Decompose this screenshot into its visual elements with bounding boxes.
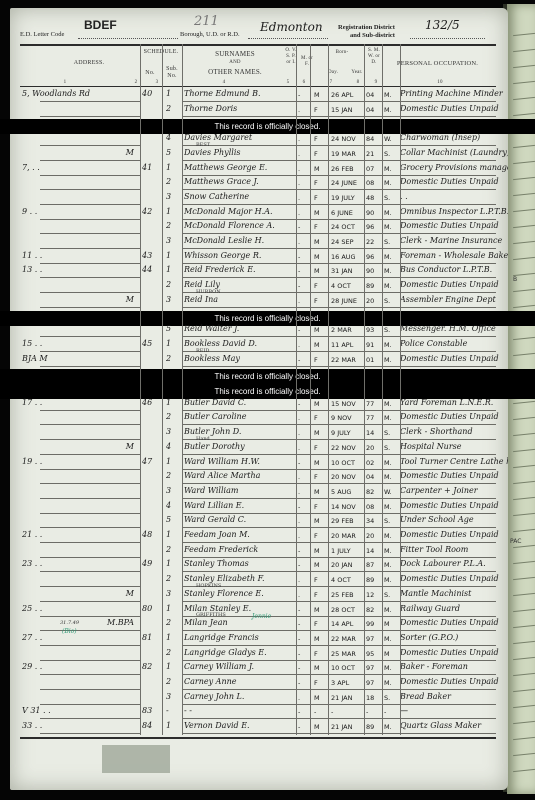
cell-no: 83	[142, 706, 162, 715]
cell-no: 84	[142, 721, 162, 730]
cell-occ: Sorter (G.P.O.)	[400, 633, 508, 642]
cell-occ: Bread Baker	[400, 692, 508, 701]
cell-day: 10 OCT	[331, 664, 365, 672]
cell-sub: -	[166, 706, 182, 715]
col-address: ADDRESS.	[44, 60, 134, 67]
census-row: M3Stanley Florence E..F25 FEB12S.Mantle …	[20, 588, 496, 602]
cell-occ: Domestic Duties Unpaid	[400, 280, 508, 289]
cell-name: Reid Frederick E.	[184, 265, 294, 274]
cell-occ: Collar Machinist (Laundry)	[400, 148, 508, 157]
cell-sub: 2	[166, 354, 182, 363]
cell-sex: M	[314, 488, 328, 496]
cell-sex: M	[314, 429, 328, 437]
cell-addr: 11 . .	[22, 251, 140, 260]
cell-occ: Domestic Duties Unpaid	[400, 530, 508, 539]
cell-o: .	[298, 135, 310, 143]
cell-o: .	[298, 238, 310, 246]
register-header: E.D. Letter Code BDEF Borough, U.D. or R…	[20, 14, 490, 42]
column-divider	[296, 44, 297, 735]
cell-sex: F	[314, 150, 328, 158]
cell-sub: 2	[166, 545, 182, 554]
cell-ms: M.	[384, 723, 400, 731]
cell-occ: Dock Labourer P.L.A.	[400, 559, 508, 568]
cell-o: -	[298, 561, 310, 569]
cell-name: Milan Jean	[184, 618, 294, 627]
census-row: 5Reid Walter J.-M2 MAR93S.Messenger. H.M…	[20, 323, 496, 337]
cell-o: -	[298, 503, 310, 511]
cell-name: Ward William	[184, 486, 294, 495]
cell-name: Ward Lillian E.	[184, 501, 294, 510]
cell-ms: S.	[384, 517, 400, 525]
cell-o: -	[298, 708, 310, 716]
subdistrict-label: and Sub-district	[350, 32, 395, 39]
cell-ms: M.	[384, 282, 400, 290]
name-correction-note: HURBON	[196, 289, 221, 295]
census-row: 4Davies Margaret.F24 NOV84W.Charwoman (I…	[20, 132, 496, 146]
cell-yr: 97	[366, 664, 382, 672]
census-row: 15 . .451Bookless David D..M11 APL91M.Po…	[20, 338, 496, 352]
borough-label: Borough, U.D. or R.D.	[180, 31, 240, 38]
cell-sex: F	[314, 473, 328, 481]
cell-day: 1 JULY	[331, 547, 365, 555]
cell-day: -	[331, 708, 365, 716]
cell-ms: M.	[384, 459, 400, 467]
census-row: 19 . .471Ward William H.W.-M10 OCT02M.To…	[20, 456, 496, 470]
cell-day: 14 APL	[331, 620, 365, 628]
cell-name: McDonald Leslie H.	[184, 236, 294, 245]
census-row: M5Davies Phyllis.F19 MAR21S.Collar Machi…	[20, 147, 496, 161]
cell-sub: 2	[166, 648, 182, 657]
cell-sub: 4	[166, 501, 182, 510]
ed-number: 211	[194, 14, 219, 29]
cell-yr: 95	[366, 650, 382, 658]
cell-occ: Fitter Tool Room	[400, 545, 508, 554]
census-row: M3Reid Ina.F28 JUNE20S.Assembler Engine …	[20, 294, 496, 308]
cell-o: .	[298, 694, 310, 702]
cell-occ: —	[400, 706, 508, 715]
cell-no: 44	[142, 265, 162, 274]
cell-yr: 34	[366, 517, 382, 525]
cell-addr: 27 . .	[22, 633, 140, 642]
cell-occ: Police Constable	[400, 339, 508, 348]
cell-sub: 5	[166, 515, 182, 524]
cell-yr: 82	[366, 488, 382, 496]
cell-ms: M.	[384, 635, 400, 643]
census-row: 3McDonald Leslie H..M24 SEP22S.Clerk - M…	[20, 235, 496, 249]
cell-yr: 02	[366, 459, 382, 467]
cell-no: 45	[142, 339, 162, 348]
cell-occ: Domestic Duties Unpaid	[400, 354, 508, 363]
cell-yr: 97	[366, 635, 382, 643]
cell-sex: M	[314, 547, 328, 555]
cell-day: 28 OCT	[331, 606, 365, 614]
cell-o: -	[298, 679, 310, 687]
cell-sub: 2	[166, 412, 182, 421]
cell-name: Langridge Francis	[184, 633, 294, 642]
cell-sex: F	[314, 591, 328, 599]
column-divider	[162, 44, 163, 735]
cell-name: - -	[184, 706, 294, 715]
cell-ms: M.	[384, 400, 400, 408]
cell-yr: 96	[366, 253, 382, 261]
census-row: 2Butler Caroline.F9 NOV77M.Domestic Duti…	[20, 411, 496, 425]
cell-addr: 9 . .	[22, 207, 140, 216]
cell-name: Davies Margaret	[184, 133, 294, 142]
cell-ms: M.	[384, 91, 400, 99]
cell-name: Butler David C.	[184, 398, 294, 407]
census-row: M.BPA2Milan Jean-F14 APL99MDomestic Duti…	[20, 617, 496, 631]
cell-addr: 15 . .	[22, 339, 140, 348]
col-schedule: SCHEDULE.	[140, 49, 182, 56]
cell-no: 49	[142, 559, 162, 568]
ed-letter-code-label: E.D. Letter Code	[20, 31, 64, 38]
cell-day: 4 OCT	[331, 282, 365, 290]
cell-sex: M	[314, 91, 328, 99]
cell-o: .	[298, 209, 310, 217]
cell-occ: Under School Age	[400, 515, 508, 524]
cell-yr: 99	[366, 620, 382, 628]
cell-name: Carney John L.	[184, 692, 294, 701]
cell-yr: 87	[366, 561, 382, 569]
cell-o: -	[298, 400, 310, 408]
cell-yr: 48	[366, 194, 382, 202]
cell-o: -	[298, 620, 310, 628]
cell-sex: M	[314, 267, 328, 275]
cell-name: Whisson George R.	[184, 251, 294, 260]
name-correction-note: REID	[196, 348, 209, 354]
cell-occ: Hospital Nurse	[400, 442, 508, 451]
cell-no: 80	[142, 604, 162, 613]
cell-ms: S.	[384, 694, 400, 702]
cell-sex: F	[314, 414, 328, 422]
cell-occ: Domestic Duties Unpaid	[400, 648, 508, 657]
cell-day: 14 NOV	[331, 503, 365, 511]
cell-yr: 01	[366, 356, 382, 364]
cell-name: Langridge Gladys E.	[184, 648, 294, 657]
cell-day: 20 JAN	[331, 561, 365, 569]
cell-occ: Domestic Duties Unpaid	[400, 177, 508, 186]
cell-o: .	[298, 444, 310, 452]
col-born-day: Day.	[318, 70, 348, 76]
cell-sex: F	[314, 620, 328, 628]
cell-o: -	[298, 606, 310, 614]
cell-yr: 20	[366, 532, 382, 540]
cell-no: 82	[142, 662, 162, 671]
census-row: 5, Woodlands Rd401Thorne Edmund B.-M26 A…	[20, 88, 496, 102]
census-row: 33 . .841Vernon David E.-M21 JAN89M.Quar…	[20, 720, 496, 734]
cell-sub: 1	[166, 265, 182, 274]
cell-occ: Carpenter + Joiner	[400, 486, 508, 495]
cell-occ: Assembler Engine Dept	[400, 295, 508, 304]
col-sex: M. or F.	[300, 56, 314, 68]
cell-name: McDonald Major H.A.	[184, 207, 294, 216]
cell-day: 10 OCT	[331, 459, 365, 467]
cell-occ: Mantle Machinist	[400, 589, 508, 598]
cell-occ: Charwoman (Insep)	[400, 133, 508, 142]
cell-addr: 25 . .	[22, 604, 140, 613]
cell-sub: 3	[166, 295, 182, 304]
census-row: 13 . .441Reid Frederick E.-M31 JAN90M.Bu…	[20, 264, 496, 278]
cell-ms: S.	[384, 444, 400, 452]
cell-sex: F	[314, 223, 328, 231]
cell-sex: M	[314, 400, 328, 408]
cell-ms: M	[384, 620, 400, 628]
cell-o: .	[298, 576, 310, 584]
cell-sex: M	[314, 723, 328, 731]
column-number: 4	[219, 80, 229, 86]
census-row: M4Butler Dorothy.F22 NOV20S.Hospital Nur…	[20, 441, 496, 455]
cell-day: 6 JUNE	[331, 209, 365, 217]
cell-sex: M	[314, 253, 328, 261]
cell-yr: 14	[366, 429, 382, 437]
census-row: 3Ward William.M5 AUG82W.Carpenter + Join…	[20, 485, 496, 499]
cell-name: Ward Gerald C.	[184, 515, 294, 524]
column-divider	[364, 44, 365, 735]
cell-no: 47	[142, 457, 162, 466]
cell-sex: M	[314, 209, 328, 217]
cell-addr: 33 . .	[22, 721, 140, 730]
cell-ms: M.	[384, 106, 400, 114]
cell-name: Stanley Florence E.	[184, 589, 294, 598]
green-bio-annotation: (Bio)	[62, 628, 77, 635]
cell-occ: Domestic Duties Unpaid	[400, 471, 508, 480]
cell-day: 9 JULY	[331, 429, 365, 437]
cell-occ: Domestic Duties Unpaid	[400, 221, 508, 230]
cell-occ: Railway Guard	[400, 604, 508, 613]
cell-occ: Domestic Duties Unpaid	[400, 104, 508, 113]
cell-sub: 1	[166, 559, 182, 568]
cell-day: 19 JULY	[331, 194, 365, 202]
cell-sex: M	[314, 635, 328, 643]
cell-occ: Domestic Duties Unpaid	[400, 618, 508, 627]
cell-sub: 4	[166, 133, 182, 142]
cell-name: Thorne Edmund B.	[184, 89, 294, 98]
cell-yr: 90	[366, 209, 382, 217]
cell-day: 21 JAN	[331, 723, 365, 731]
census-row: 17 . .461Butler David C.-M15 NOV77M.Yard…	[20, 397, 496, 411]
cell-ms: M.	[384, 223, 400, 231]
cell-occ: Baker - Foreman	[400, 662, 508, 671]
cell-name: McDonald Florence A.	[184, 221, 294, 230]
cell-addr: M	[22, 295, 134, 304]
cell-name: Carney Anne	[184, 677, 294, 686]
cell-ms: M.	[384, 547, 400, 555]
cell-o: .	[298, 106, 310, 114]
cell-addr: 21 . .	[22, 530, 140, 539]
cell-occ: Foreman - Wholesale Baker	[400, 251, 508, 260]
cell-sub: 2	[166, 677, 182, 686]
cell-sex: F	[314, 444, 328, 452]
cell-addr: M	[22, 442, 134, 451]
cell-addr: M	[22, 148, 134, 157]
cell-o: .	[298, 165, 310, 173]
cell-occ: Grocery Provisions manager	[400, 163, 508, 172]
census-row: 4Ward Lillian E.-F14 NOV08M.Domestic Dut…	[20, 500, 496, 514]
cell-yr: 77	[366, 400, 382, 408]
census-row: 2Feedam Frederick-M1 JULY14M.Fitter Tool…	[20, 544, 496, 558]
cell-sex: F	[314, 503, 328, 511]
cell-ms: W.	[384, 135, 400, 143]
cell-sub: 4	[166, 442, 182, 451]
cell-o: .	[298, 517, 310, 525]
cell-o: .	[298, 473, 310, 481]
cell-day: 31 JAN	[331, 267, 365, 275]
cell-o: .	[298, 429, 310, 437]
cell-day: 2 MAR	[331, 326, 365, 334]
cell-day: 28 JUNE	[331, 297, 365, 305]
cell-addr: 19 . .	[22, 457, 140, 466]
cell-sub: 3	[166, 192, 182, 201]
cell-addr: 7, . .	[22, 163, 140, 172]
cell-yr: 21	[366, 150, 382, 158]
census-row: BJA M2Bookless May-F22 MAR01M.Domestic D…	[20, 353, 496, 367]
cell-o: .	[298, 414, 310, 422]
census-row: 9 . .421McDonald Major H.A..M6 JUNE90M.O…	[20, 206, 496, 220]
cell-o: -	[298, 635, 310, 643]
cell-addr: 23 . .	[22, 559, 140, 568]
cell-sex: M	[314, 238, 328, 246]
cell-name: Ward Alice Martha	[184, 471, 294, 480]
cell-name: Reid Walter J.	[184, 324, 294, 333]
census-row: 2Ward Alice Martha.F20 NOV04M.Domestic D…	[20, 470, 496, 484]
cell-yr: 04	[366, 106, 382, 114]
cell-sub: 3	[166, 236, 182, 245]
cell-name: Butler Caroline	[184, 412, 294, 421]
cell-ms: M.	[384, 503, 400, 511]
cell-sub: 2	[166, 471, 182, 480]
cell-occ: Domestic Duties Unpaid	[400, 574, 508, 583]
cell-day: 24 OCT	[331, 223, 365, 231]
census-row: 2Carney Anne-F3 APL97M.Domestic Duties U…	[20, 676, 496, 690]
cell-sub: 1	[166, 207, 182, 216]
cell-yr: 97	[366, 679, 382, 687]
cell-sub: 1	[166, 89, 182, 98]
cell-sex: F	[314, 650, 328, 658]
cell-ms: S.	[384, 150, 400, 158]
cell-ms: W.	[384, 488, 400, 496]
cell-no: 41	[142, 163, 162, 172]
cell-name: Bookless May	[184, 354, 294, 363]
cell-sub: 1	[166, 633, 182, 642]
cell-name: Vernon David E.	[184, 721, 294, 730]
cell-sex: M	[314, 561, 328, 569]
cell-sub: 1	[166, 163, 182, 172]
census-row: 27 . .811Langridge Francis-M22 MAR97M.So…	[20, 632, 496, 646]
cell-name: Feedam Frederick	[184, 545, 294, 554]
cell-o: -	[298, 650, 310, 658]
cell-yr: 89	[366, 282, 382, 290]
census-row: 2Stanley Elizabeth F..F4 OCT89M.Domestic…	[20, 573, 496, 587]
cell-yr: 93	[366, 326, 382, 334]
cell-occ: Messenger. H.M. Office	[400, 324, 508, 333]
cell-o: .	[298, 591, 310, 599]
cell-day: 15 NOV	[331, 400, 365, 408]
cell-occ: Quartz Glass Maker	[400, 721, 508, 730]
census-row: V 31 . .83-- ------—	[20, 705, 496, 719]
cell-ms: S.	[384, 194, 400, 202]
column-divider	[182, 44, 183, 735]
cell-yr: 91	[366, 341, 382, 349]
cell-addr: 13 . .	[22, 265, 140, 274]
cell-sub: 5	[166, 148, 182, 157]
census-row: 2Reid Lily-F4 OCT89M.Domestic Duties Unp…	[20, 279, 496, 293]
cell-sex: -	[314, 708, 328, 716]
census-row: 2McDonald Florence A.-F24 OCT96M.Domesti…	[20, 220, 496, 234]
cell-yr: 04	[366, 473, 382, 481]
cell-day: 5 AUG	[331, 488, 365, 496]
cell-sex: M	[314, 606, 328, 614]
cell-occ: Domestic Duties Unpaid	[400, 501, 508, 510]
cell-addr: M	[22, 589, 134, 598]
cell-ms: M.	[384, 356, 400, 364]
census-row: 3Carney John L..M21 JAN18S.Bread Baker	[20, 691, 496, 705]
cell-yr: 96	[366, 223, 382, 231]
cell-o: -	[298, 356, 310, 364]
cell-o: -	[298, 91, 310, 99]
cell-sub: 1	[166, 339, 182, 348]
cell-no: 43	[142, 251, 162, 260]
cell-sub: 1	[166, 604, 182, 613]
cell-day: 9 NOV	[331, 414, 365, 422]
cell-sub: 2	[166, 177, 182, 186]
cell-day: 22 NOV	[331, 444, 365, 452]
cell-sub: 1	[166, 662, 182, 671]
cell-yr: 04	[366, 91, 382, 99]
margin-date-annotation: 31.7.49	[60, 620, 79, 626]
facing-note-b: B	[513, 276, 517, 283]
cell-o: -	[298, 459, 310, 467]
cell-occ: Clerk - Shorthand	[400, 427, 508, 436]
cell-ms: M	[384, 650, 400, 658]
cell-ms: M.	[384, 165, 400, 173]
cell-name: Reid Ina	[184, 295, 294, 304]
column-divider	[382, 44, 383, 735]
cell-sex: F	[314, 356, 328, 364]
cell-yr: 84	[366, 135, 382, 143]
census-row: 23 . .491Stanley Thomas-M20 JAN87M.Dock …	[20, 558, 496, 572]
census-row: 29 . .821Carney William J.-M10 OCT97M.Ba…	[20, 661, 496, 675]
cell-day: 24 NOV	[331, 135, 365, 143]
cell-yr: 77	[366, 414, 382, 422]
cell-sex: F	[314, 106, 328, 114]
cell-o: .	[298, 488, 310, 496]
cell-sub: 1	[166, 530, 182, 539]
cell-sub: 1	[166, 457, 182, 466]
cell-addr: 5, Woodlands Rd	[22, 89, 140, 98]
cell-ms: S.	[384, 326, 400, 334]
cell-o: .	[298, 194, 310, 202]
census-row: 2Matthews Grace J..F24 JUNE08M.Domestic …	[20, 176, 496, 190]
cell-sex: M	[314, 664, 328, 672]
name-correction-note: BEST	[196, 142, 210, 148]
closed-record-banner: This record is officially closed.	[0, 369, 535, 384]
cell-ms: M.	[384, 576, 400, 584]
column-divider	[310, 44, 311, 735]
cell-day: 26 FEB	[331, 165, 365, 173]
column-number: 9	[371, 80, 381, 86]
cell-o: -	[298, 223, 310, 231]
cell-name: Thorne Doris	[184, 104, 294, 113]
cell-ms: -	[384, 708, 400, 716]
cell-day: 29 FEB	[331, 517, 365, 525]
column-number: 5	[283, 80, 293, 86]
cell-sex: F	[314, 576, 328, 584]
cell-sub: 1	[166, 398, 182, 407]
cell-o: .	[298, 150, 310, 158]
col-surnames-1: SURNAMES	[190, 50, 280, 58]
cell-occ: Omnibus Inspector L.P.T.B.	[400, 207, 508, 216]
cell-name: Feedam Joan M.	[184, 530, 294, 539]
